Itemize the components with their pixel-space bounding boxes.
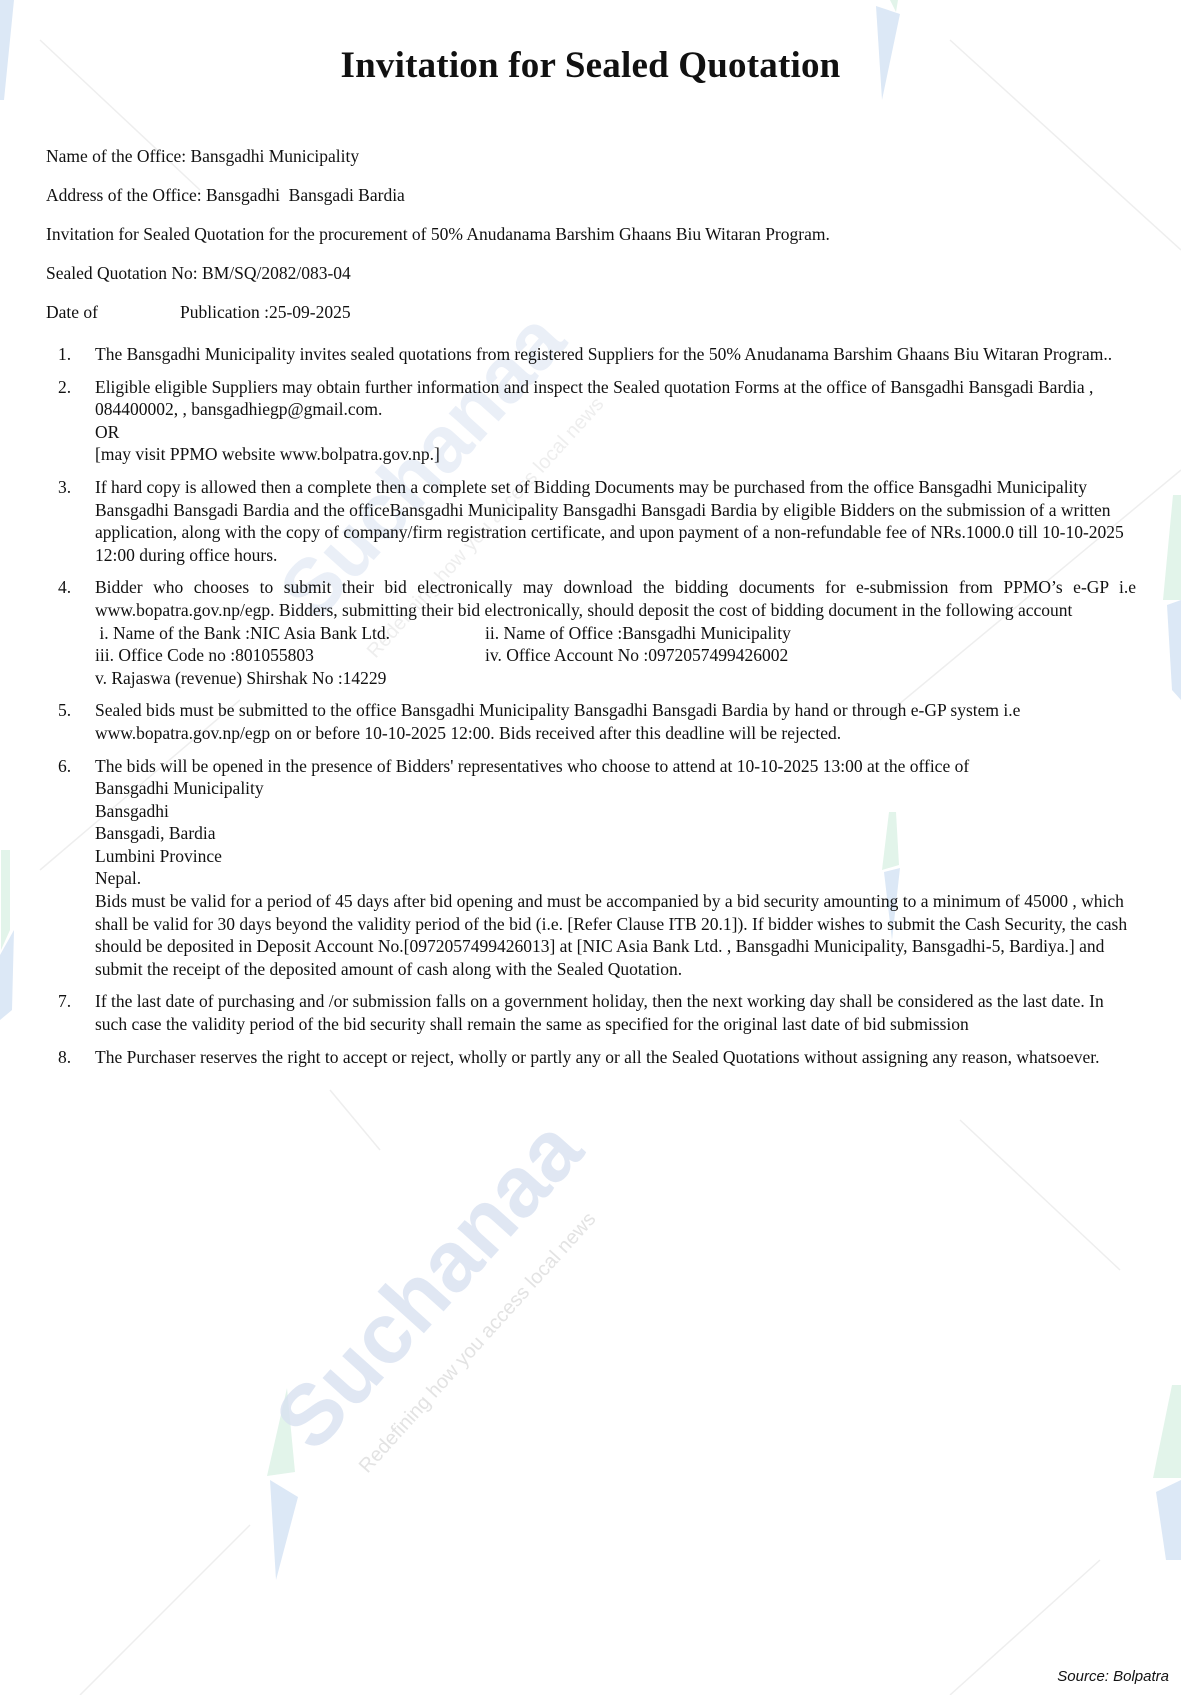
- address-line: Bansgadhi: [95, 800, 1136, 823]
- item-text: The Bansgadhi Municipality invites seale…: [95, 343, 1136, 366]
- item-text: If the last date of purchasing and /or s…: [95, 990, 1136, 1035]
- list-item: 8. The Purchaser reserves the right to a…: [46, 1046, 1136, 1069]
- office-address-label: Address of the Office:: [46, 185, 202, 205]
- list-item: 3. If hard copy is allowed then a comple…: [46, 476, 1136, 566]
- conditions-list: 1. The Bansgadhi Municipality invites se…: [46, 343, 1136, 1078]
- item-number: 3.: [58, 476, 71, 499]
- revenue-head: v. Rajaswa (revenue) Shirshak No :14229: [95, 667, 485, 690]
- item-text: Sealed bids must be submitted to the off…: [95, 699, 1136, 744]
- office-details: Name of the Office: Bansgadhi Municipali…: [46, 145, 830, 340]
- office-account-no: iv. Office Account No :0972057499426002: [485, 644, 885, 667]
- office-name: Bansgadhi Municipality: [190, 146, 359, 166]
- document-title: Invitation for Sealed Quotation: [0, 44, 1181, 87]
- item-text: Bidder who chooses to submit their bid e…: [95, 576, 1136, 621]
- item-number: 1.: [58, 343, 71, 366]
- source-credit: Source: Bolpatra: [1057, 1668, 1169, 1685]
- item-number: 4.: [58, 576, 71, 599]
- list-item: 2. Eligible eligible Suppliers may obtai…: [46, 376, 1136, 466]
- item-text: Eligible eligible Suppliers may obtain f…: [95, 376, 1136, 421]
- publication-label-a: Date of: [46, 302, 98, 322]
- quotation-no-line: Sealed Quotation No: BM/SQ/2082/083-04: [46, 262, 830, 301]
- list-item: 6. The bids will be opened in the presen…: [46, 755, 1136, 981]
- item-text: The bids will be opened in the presence …: [95, 755, 1136, 778]
- item-number: 7.: [58, 990, 71, 1013]
- list-item: 7. If the last date of purchasing and /o…: [46, 990, 1136, 1035]
- item-number: 2.: [58, 376, 71, 399]
- office-name-line: Name of the Office: Bansgadhi Municipali…: [46, 145, 830, 184]
- quotation-no-label: Sealed Quotation No:: [46, 263, 198, 283]
- office-address-line: Address of the Office: Bansgadhi Bansgad…: [46, 184, 830, 223]
- item-number: 8.: [58, 1046, 71, 1069]
- bid-validity-text: Bids must be valid for a period of 45 da…: [95, 890, 1136, 980]
- ppmo-website-link[interactable]: [may visit PPMO website www.bolpatra.gov…: [95, 443, 1136, 466]
- item-number: 6.: [58, 755, 71, 778]
- office-name-label: Name of the Office:: [46, 146, 186, 166]
- address-line: Lumbini Province: [95, 845, 1136, 868]
- address-line: Nepal.: [95, 867, 1136, 890]
- publication-label-b: Publication :: [180, 302, 269, 322]
- bank-name: i. Name of the Bank :NIC Asia Bank Ltd.: [95, 622, 485, 645]
- list-item: 4. Bidder who chooses to submit their bi…: [46, 576, 1136, 689]
- quotation-no: BM/SQ/2082/083-04: [202, 263, 351, 283]
- list-item: 1. The Bansgadhi Municipality invites se…: [46, 343, 1136, 366]
- address-line: Bansgadhi Municipality: [95, 777, 1136, 800]
- list-item: 5. Sealed bids must be submitted to the …: [46, 699, 1136, 744]
- item-text: If hard copy is allowed then a complete …: [95, 476, 1136, 566]
- invitation-line: Invitation for Sealed Quotation for the …: [46, 223, 830, 262]
- item-number: 5.: [58, 699, 71, 722]
- office-address: Bansgadhi Bansgadi Bardia: [206, 185, 405, 205]
- account-office-name: ii. Name of Office :Bansgadhi Municipali…: [485, 622, 885, 645]
- document-page: Invitation for Sealed Quotation Name of …: [0, 0, 1181, 1695]
- address-line: Bansgadi, Bardia: [95, 822, 1136, 845]
- bank-account-details: i. Name of the Bank :NIC Asia Bank Ltd. …: [95, 622, 1136, 690]
- publication-date: 25-09-2025: [269, 302, 351, 322]
- publication-date-line: Date ofPublication :25-09-2025: [46, 301, 830, 340]
- item-or: OR: [95, 421, 1136, 444]
- office-code: iii. Office Code no :801055803: [95, 644, 485, 667]
- item-text: The Purchaser reserves the right to acce…: [95, 1046, 1136, 1069]
